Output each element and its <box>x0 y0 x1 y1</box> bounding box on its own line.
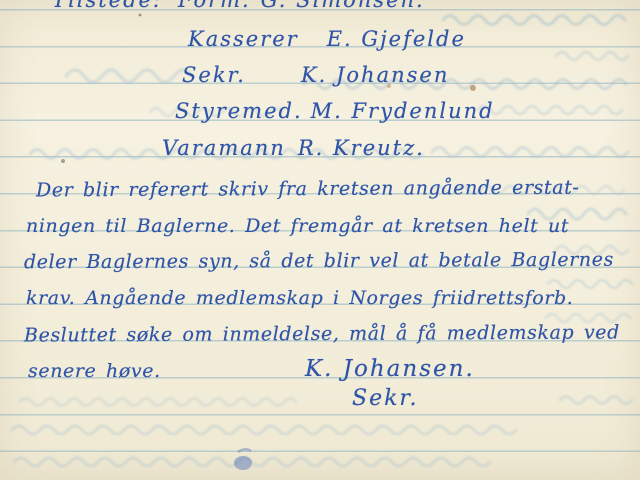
signature-name: K. Johansen. <box>305 356 475 382</box>
dirt-speck <box>61 159 65 163</box>
attendee-name: R. Kreutz. <box>298 136 425 160</box>
attendees-line-secretary: Sekr.K. Johansen <box>182 63 449 87</box>
attendee-name: K. Johansen <box>301 63 449 87</box>
attendee-name: M. Frydenlund <box>311 99 495 123</box>
attendee-role: Styremed. <box>175 99 303 123</box>
minutes-text-line: deler Baglernes syn, så det blir vel at … <box>24 249 614 274</box>
signature-title: Sekr. <box>352 386 419 411</box>
attendee-role: Form. <box>178 0 251 12</box>
attendee-name: E. Gjefelde <box>327 27 466 51</box>
dirt-speck <box>139 14 142 17</box>
attendee-role: Sekr. <box>182 63 246 87</box>
attendee-role: Varamann <box>162 136 286 160</box>
attendees-line-deputy: VaramannR. Kreutz. <box>162 136 425 160</box>
attendee-name: G. Simonsen. <box>261 0 425 12</box>
attendees-line-boardmember: Styremed.M. Frydenlund <box>175 99 495 123</box>
attendees-intro: Tilstede: <box>52 0 162 12</box>
attendees-line-treasurer: KassererE. Gjefelde <box>188 27 466 51</box>
minutes-text-line: krav. Angående medlemskap i Norges friid… <box>26 287 573 309</box>
minutes-text-line: Besluttet søke om inmeldelse, mål å få m… <box>24 321 620 346</box>
attendee-role: Kasserer <box>188 27 299 51</box>
attendees-line-chairman: Tilstede:Form.G. Simonsen. <box>52 0 425 12</box>
minutes-text-line: ningen til Baglerne. Det fremgår at kret… <box>26 215 569 237</box>
notebook-page: Tilstede:Form.G. Simonsen. KassererE. Gj… <box>0 0 640 480</box>
minutes-text-line: senere høve. <box>28 360 161 382</box>
foxing-spot <box>470 85 476 91</box>
minutes-text-line: Der blir referert skriv fra kretsen angå… <box>36 177 580 202</box>
ink-smudge <box>234 456 252 470</box>
